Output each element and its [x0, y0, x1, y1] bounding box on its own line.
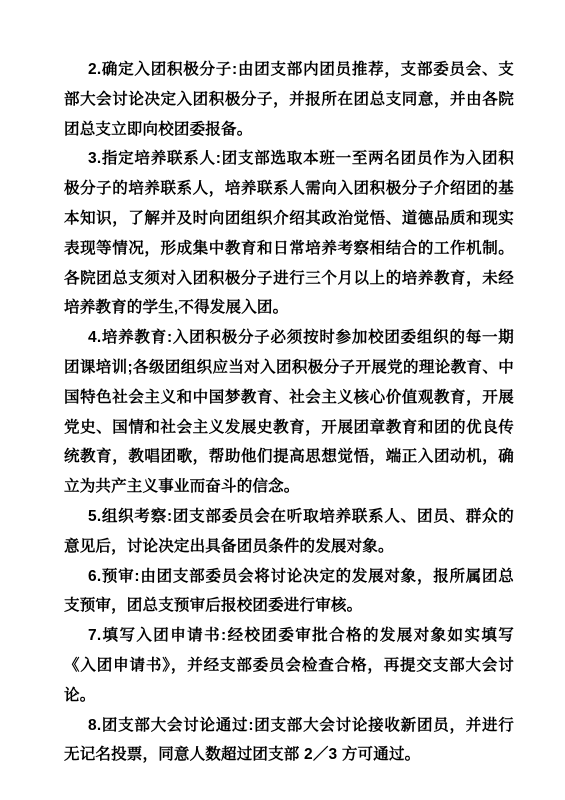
- paragraph-3-heading: 3.指定培养联系人:: [88, 150, 221, 167]
- paragraph-3-body: 团支部选取本班一至两名团员作为入团积极分子的培养联系人，培养联系人需向入团积极分…: [64, 150, 514, 316]
- paragraph-6-heading: 6.预审:: [88, 568, 140, 585]
- paragraph-4: 4.培养教育:入团积极分子必须按时参加校团委组织的每一期团课培训;各级团组织应当…: [64, 323, 514, 502]
- paragraph-4-body: 入团积极分子必须按时参加校团委组织的每一期团课培训;各级团组织应当对入团积极分子…: [64, 329, 514, 495]
- paragraph-2: 2.确定入团积极分子:由团支部内团员推荐，支部委员会、支部大会讨论决定入团积极分…: [64, 55, 514, 144]
- paragraph-7: 7.填写入团申请书:经校团委审批合格的发展对象如实填写《入团申请书》，并经支部委…: [64, 621, 514, 710]
- paragraph-4-heading: 4.培养教育:: [88, 329, 172, 346]
- paragraph-5: 5.组织考察:团支部委员会在听取培养联系人、团员、群众的意见后，讨论决定出具备团…: [64, 502, 514, 562]
- paragraph-3: 3.指定培养联系人:团支部选取本班一至两名团员作为入团积极分子的培养联系人，培养…: [64, 144, 514, 323]
- paragraph-8-heading: 8.团支部大会讨论通过:: [88, 717, 254, 734]
- paragraph-5-heading: 5.组织考察:: [88, 508, 172, 525]
- paragraph-2-heading: 2.确定入团积极分子:: [88, 61, 237, 78]
- paragraph-8: 8.团支部大会讨论通过:团支部大会讨论接收新团员，并进行无记名投票，同意人数超过…: [64, 711, 514, 771]
- paragraph-6: 6.预审:由团支部委员会将讨论决定的发展对象，报所属团总支预审，团总支预审后报校…: [64, 562, 514, 622]
- paragraph-7-heading: 7.填写入团申请书:: [88, 627, 226, 644]
- document-page: 2.确定入团积极分子:由团支部内团员推荐，支部委员会、支部大会讨论决定入团积极分…: [0, 0, 565, 800]
- document-body: 2.确定入团积极分子:由团支部内团员推荐，支部委员会、支部大会讨论决定入团积极分…: [64, 55, 514, 770]
